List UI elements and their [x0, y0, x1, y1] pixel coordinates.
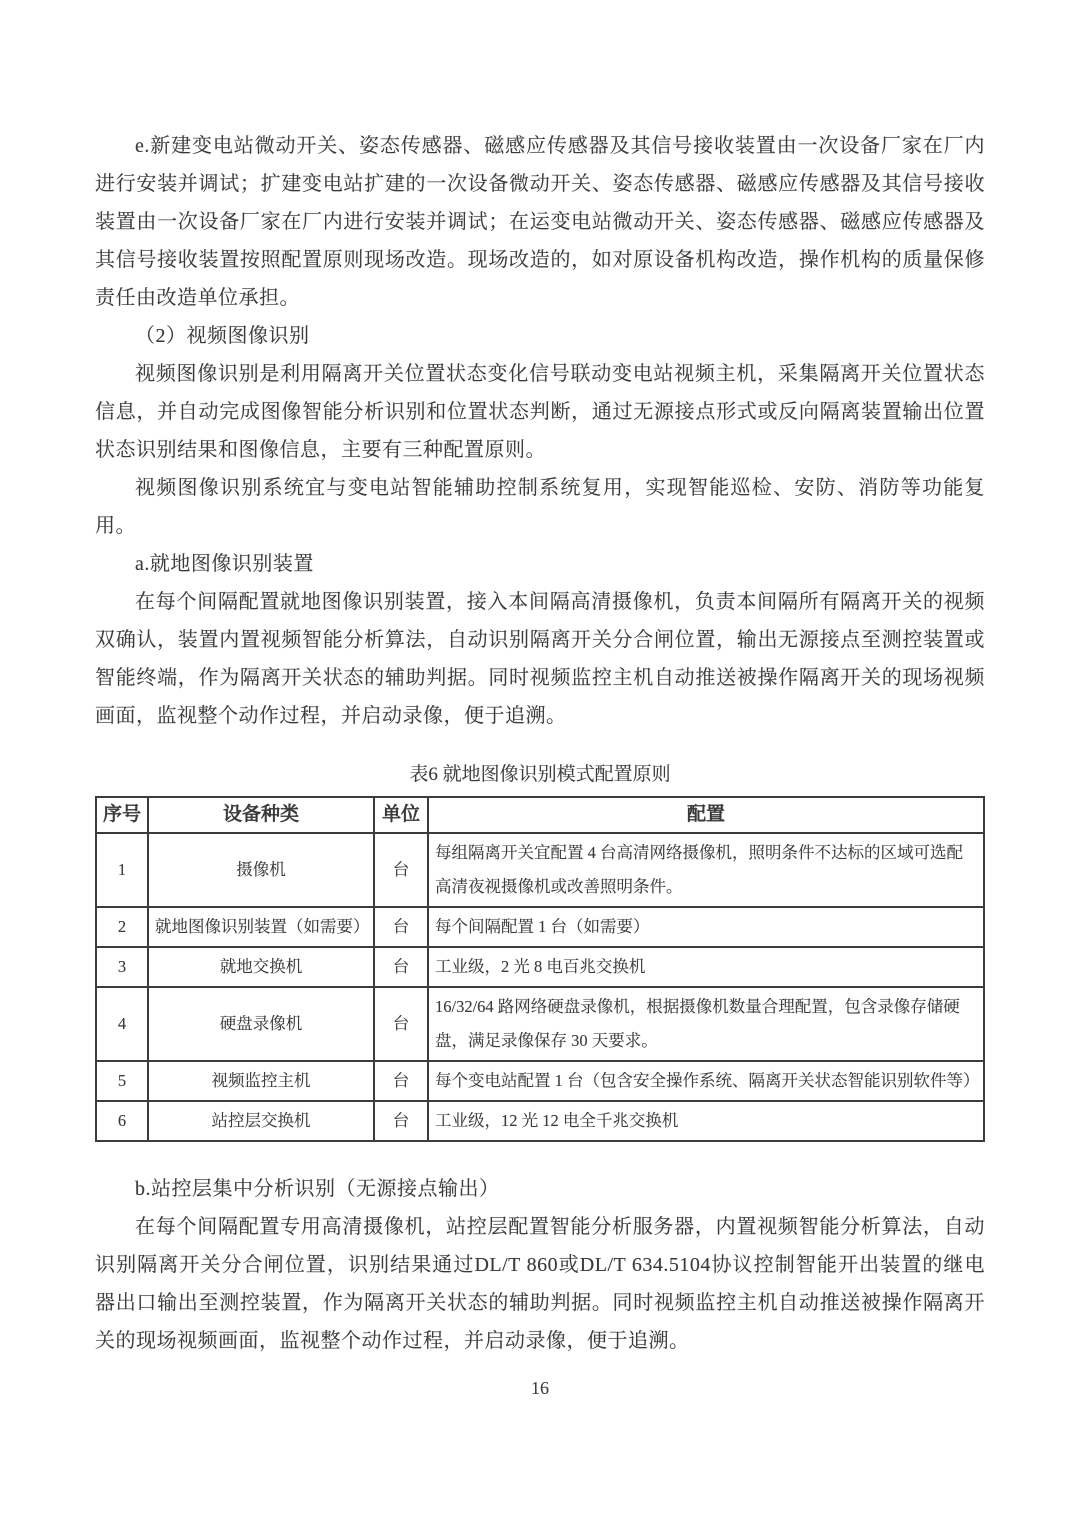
- cell-no: 4: [96, 987, 148, 1061]
- cell-device: 就地图像识别装置（如需要）: [148, 907, 374, 947]
- document-page: { "page": { "number": "16" }, "paragraph…: [0, 0, 1080, 1527]
- column-header-unit: 单位: [374, 797, 428, 833]
- table-caption: 表6 就地图像识别模式配置原则: [95, 759, 985, 786]
- paragraph-station-level: 在每个间隔配置专用高清摄像机，站控层配置智能分析服务器，内置视频智能分析算法，自…: [95, 1208, 985, 1360]
- column-header-device: 设备种类: [148, 797, 374, 833]
- table-row: 3 就地交换机 台 工业级，2 光 8 电百兆交换机: [96, 947, 984, 987]
- cell-no: 3: [96, 947, 148, 987]
- cell-unit: 台: [374, 947, 428, 987]
- cell-unit: 台: [374, 833, 428, 907]
- subsection-heading-a: a.就地图像识别装置: [95, 545, 985, 583]
- table-row: 1 摄像机 台 每组隔离开关宜配置 4 台高清网络摄像机，照明条件不达标的区域可…: [96, 833, 984, 907]
- cell-no: 2: [96, 907, 148, 947]
- cell-no: 5: [96, 1061, 148, 1101]
- table-row: 5 视频监控主机 台 每个变电站配置 1 台（包含安全操作系统、隔离开关状态智能…: [96, 1061, 984, 1101]
- cell-unit: 台: [374, 1101, 428, 1141]
- table-row: 6 站控层交换机 台 工业级，12 光 12 电全千兆交换机: [96, 1101, 984, 1141]
- paragraph-system-reuse: 视频图像识别系统宜与变电站智能辅助控制系统复用，实现智能巡检、安防、消防等功能复…: [95, 469, 985, 545]
- cell-device: 就地交换机: [148, 947, 374, 987]
- column-header-config: 配置: [428, 797, 984, 833]
- cell-config: 每个间隔配置 1 台（如需要）: [428, 907, 984, 947]
- cell-no: 6: [96, 1101, 148, 1141]
- section-heading-video-recognition: （2）视频图像识别: [95, 317, 985, 355]
- column-header-no: 序号: [96, 797, 148, 833]
- cell-config: 工业级，2 光 8 电百兆交换机: [428, 947, 984, 987]
- cell-unit: 台: [374, 987, 428, 1061]
- paragraph-item-e: e.新建变电站微动开关、姿态传感器、磁感应传感器及其信号接收装置由一次设备厂家在…: [95, 127, 985, 317]
- paragraph-video-intro: 视频图像识别是利用隔离开关位置状态变化信号联动变电站视频主机，采集隔离开关位置状…: [95, 355, 985, 469]
- cell-config: 每组隔离开关宜配置 4 台高清网络摄像机，照明条件不达标的区域可选配高清夜视摄像…: [428, 833, 984, 907]
- subsection-heading-b: b.站控层集中分析识别（无源接点输出）: [95, 1170, 985, 1208]
- cell-config: 每个变电站配置 1 台（包含安全操作系统、隔离开关状态智能识别软件等）: [428, 1061, 984, 1101]
- paragraph-local-recognition: 在每个间隔配置就地图像识别装置，接入本间隔高清摄像机，负责本间隔所有隔离开关的视…: [95, 583, 985, 735]
- cell-config: 16/32/64 路网络硬盘录像机，根据摄像机数量合理配置，包含录像存储硬盘，满…: [428, 987, 984, 1061]
- cell-config: 工业级，12 光 12 电全千兆交换机: [428, 1101, 984, 1141]
- page-content: e.新建变电站微动开关、姿态传感器、磁感应传感器及其信号接收装置由一次设备厂家在…: [95, 127, 985, 1360]
- cell-device: 站控层交换机: [148, 1101, 374, 1141]
- cell-device: 视频监控主机: [148, 1061, 374, 1101]
- page-number: 16: [0, 1378, 1080, 1399]
- table-row: 4 硬盘录像机 台 16/32/64 路网络硬盘录像机，根据摄像机数量合理配置，…: [96, 987, 984, 1061]
- config-table: 序号 设备种类 单位 配置 1 摄像机 台 每组隔离开关宜配置 4 台高清网络摄…: [95, 796, 985, 1142]
- cell-device: 摄像机: [148, 833, 374, 907]
- table-row: 2 就地图像识别装置（如需要） 台 每个间隔配置 1 台（如需要）: [96, 907, 984, 947]
- cell-unit: 台: [374, 907, 428, 947]
- cell-unit: 台: [374, 1061, 428, 1101]
- config-table-header: 序号 设备种类 单位 配置: [96, 797, 984, 833]
- cell-device: 硬盘录像机: [148, 987, 374, 1061]
- cell-no: 1: [96, 833, 148, 907]
